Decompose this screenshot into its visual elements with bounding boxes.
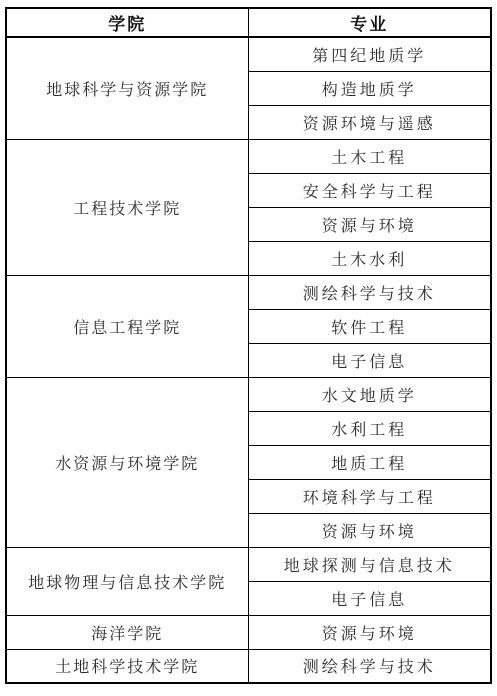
- major-cell: 安全科学与工程: [248, 173, 491, 207]
- college-cell: 工程技术学院: [6, 139, 248, 275]
- college-major-table: 学院 专业 地球科学与资源学院第四纪地质学构造地质学资源环境与遥感工程技术学院土…: [5, 7, 492, 684]
- college-cell: 信息工程学院: [6, 275, 248, 377]
- major-cell: 软件工程: [248, 309, 491, 343]
- column-header-major: 专业: [248, 8, 491, 37]
- college-cell: 地球科学与资源学院: [6, 37, 248, 139]
- major-cell: 地质工程: [248, 445, 491, 479]
- major-cell: 地球探测与信息技术: [248, 547, 491, 581]
- major-cell: 水文地质学: [248, 377, 491, 411]
- table-row: 地球科学与资源学院第四纪地质学: [6, 37, 491, 71]
- major-cell: 资源环境与遥感: [248, 105, 491, 139]
- college-cell: 海洋学院: [6, 615, 248, 649]
- college-cell: 地球物理与信息技术学院: [6, 547, 248, 615]
- table-body: 地球科学与资源学院第四纪地质学构造地质学资源环境与遥感工程技术学院土木工程安全科…: [6, 37, 491, 683]
- major-cell: 资源与环境: [248, 513, 491, 547]
- major-cell: 资源与环境: [248, 615, 491, 649]
- college-cell: 土地科学技术学院: [6, 649, 248, 683]
- major-cell: 土木工程: [248, 139, 491, 173]
- major-cell: 构造地质学: [248, 71, 491, 105]
- table-row: 海洋学院资源与环境: [6, 615, 491, 649]
- major-cell: 电子信息: [248, 343, 491, 377]
- table-header-row: 学院 专业: [6, 8, 491, 37]
- college-cell: 水资源与环境学院: [6, 377, 248, 547]
- column-header-college: 学院: [6, 8, 248, 37]
- table-row: 地球物理与信息技术学院地球探测与信息技术: [6, 547, 491, 581]
- major-cell: 水利工程: [248, 411, 491, 445]
- major-cell: 测绘科学与技术: [248, 649, 491, 683]
- major-cell: 资源与环境: [248, 207, 491, 241]
- table-row: 水资源与环境学院水文地质学: [6, 377, 491, 411]
- major-cell: 电子信息: [248, 581, 491, 615]
- table-row: 工程技术学院土木工程: [6, 139, 491, 173]
- table-row: 信息工程学院测绘科学与技术: [6, 275, 491, 309]
- major-cell: 环境科学与工程: [248, 479, 491, 513]
- major-cell: 土木水利: [248, 241, 491, 275]
- major-cell: 第四纪地质学: [248, 37, 491, 71]
- major-cell: 测绘科学与技术: [248, 275, 491, 309]
- table-row: 土地科学技术学院测绘科学与技术: [6, 649, 491, 683]
